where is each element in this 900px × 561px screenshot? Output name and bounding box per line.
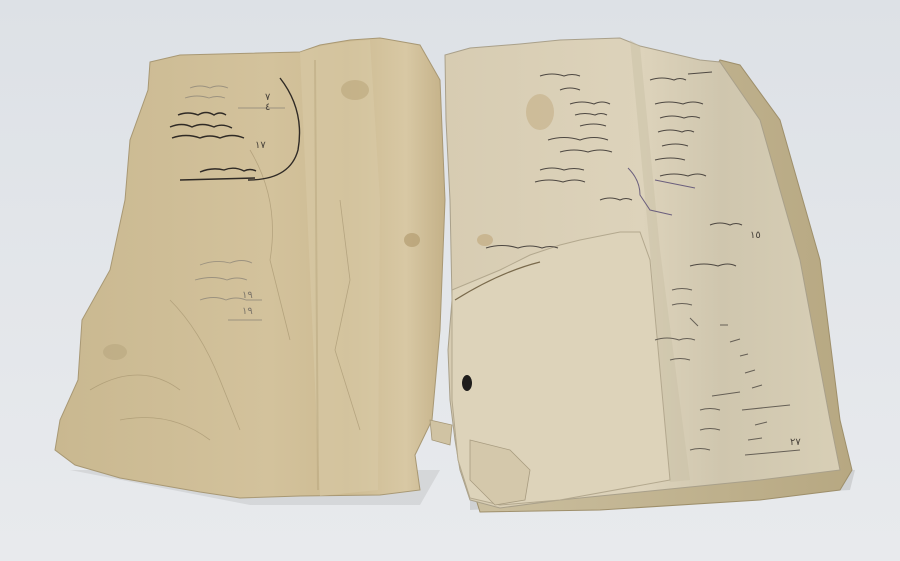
svg-text:٢٧: ٢٧	[790, 437, 801, 448]
svg-text:١٩: ١٩	[242, 290, 253, 301]
manuscript-illustration: ٧ ٤ ١٧ ١٩ ١٩	[0, 0, 900, 561]
svg-text:١٩: ١٩	[242, 306, 253, 317]
beetle	[462, 375, 472, 391]
svg-text:٤: ٤	[265, 102, 270, 113]
svg-text:١٧: ١٧	[255, 140, 266, 151]
manuscript-photo: Photograph of an old, worn handwritten m…	[0, 0, 900, 561]
left-page: ٧ ٤ ١٧ ١٩ ١٩	[55, 38, 445, 498]
svg-text:١٥: ١٥	[750, 230, 761, 241]
right-page: ١٥ ٢٧	[430, 38, 852, 512]
